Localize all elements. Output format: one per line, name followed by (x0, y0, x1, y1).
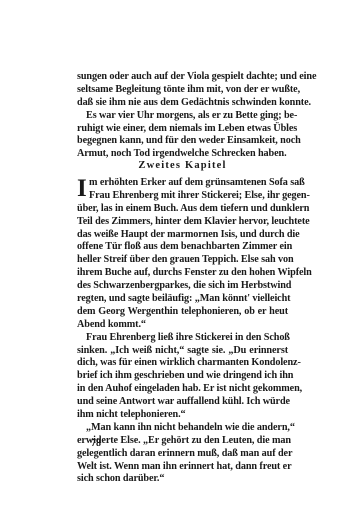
text-line: brief ich ihm geschrieben und wie dringe… (77, 370, 288, 383)
text-line: ihm nicht telephonieren.“ (77, 409, 288, 422)
text-line: Welt ist. Wenn man ihn erinnert hat, dan… (77, 461, 288, 474)
text-line: Es war vier Uhr morgens, als er zu Bette… (77, 110, 288, 123)
text-line: dich, was für einen wirklich charmanten … (77, 357, 288, 370)
text-line: sinken. „Ich weiß nicht,“ sagte sie. „Du… (77, 345, 288, 358)
text-line: seltsame Begleitung tönte ihm mit, von d… (77, 84, 288, 97)
text-line: „Man kann ihn nicht behandeln wie die an… (77, 422, 288, 435)
text-line: dem Georg Wergenthin telephonieren, ob e… (77, 306, 288, 319)
chapter-heading: Zweites Kapitel (77, 160, 288, 171)
drop-cap: I (77, 177, 87, 201)
text-line: daß sie ihm nie aus dem Gedächtnis schwi… (77, 97, 288, 110)
text-line: gelegentlich daran erinnern muß, daß man… (77, 448, 288, 461)
paragraph: Es war vier Uhr morgens, als er zu Bette… (77, 110, 288, 162)
page-number: 78 (91, 438, 101, 449)
text-line: offene Tür floß aus dem benachbarten Zim… (77, 241, 288, 254)
book-page: sungen oder auch auf der Viola gespielt … (77, 71, 288, 161)
text-line: ihrem Buche auf, durchs Fenster zu den h… (77, 267, 288, 280)
text-line: Abend kommt.“ (77, 319, 288, 332)
paragraph-continuation: sungen oder auch auf der Viola gespielt … (77, 71, 288, 110)
text-line: in den Auhof eingeladen hab. Er ist nich… (77, 383, 288, 396)
text-line: ruhigt wie einer, dem niemals im Leben e… (77, 123, 288, 136)
text-line: des Schwarzenbergparkes, die sich im Her… (77, 280, 288, 293)
text-line: Teil des Zimmers, hinter dem Klavier her… (77, 216, 288, 229)
text-line: regten, und sagte beiläufig: „Man könnt'… (77, 293, 288, 306)
text-line: das weiße Haupt der marmornen Isis, und … (77, 229, 288, 242)
paragraph: Frau Ehrenberg ließ ihre Stickerei in de… (77, 332, 288, 422)
paragraph: „Man kann ihn nicht behandeln wie die an… (77, 422, 288, 486)
text-line: und seine Antwort war auffallend kühl. I… (77, 396, 288, 409)
text-line: begegnen kann, und für den weder Einsamk… (77, 135, 288, 148)
text-line: erwiderte Else. „Er gehört zu den Leuten… (77, 435, 288, 448)
text-line: Frau Ehrenberg mit ihrer Stickerei; Else… (77, 190, 288, 203)
paragraph: m erhöhten Erker auf dem grünsamtenen So… (77, 177, 288, 332)
text-line: heller Streif über den grauen Teppich. E… (77, 254, 288, 267)
text-line: sungen oder auch auf der Viola gespielt … (77, 71, 288, 84)
text-line: sich schon darüber.“ (77, 473, 288, 486)
text-line: über, las in einem Buch. Aus dem tiefern… (77, 203, 288, 216)
text-line: m erhöhten Erker auf dem grünsamtenen So… (77, 177, 288, 190)
text-line: Frau Ehrenberg ließ ihre Stickerei in de… (77, 332, 288, 345)
chapter-body: I m erhöhten Erker auf dem grünsamtenen … (77, 177, 288, 486)
